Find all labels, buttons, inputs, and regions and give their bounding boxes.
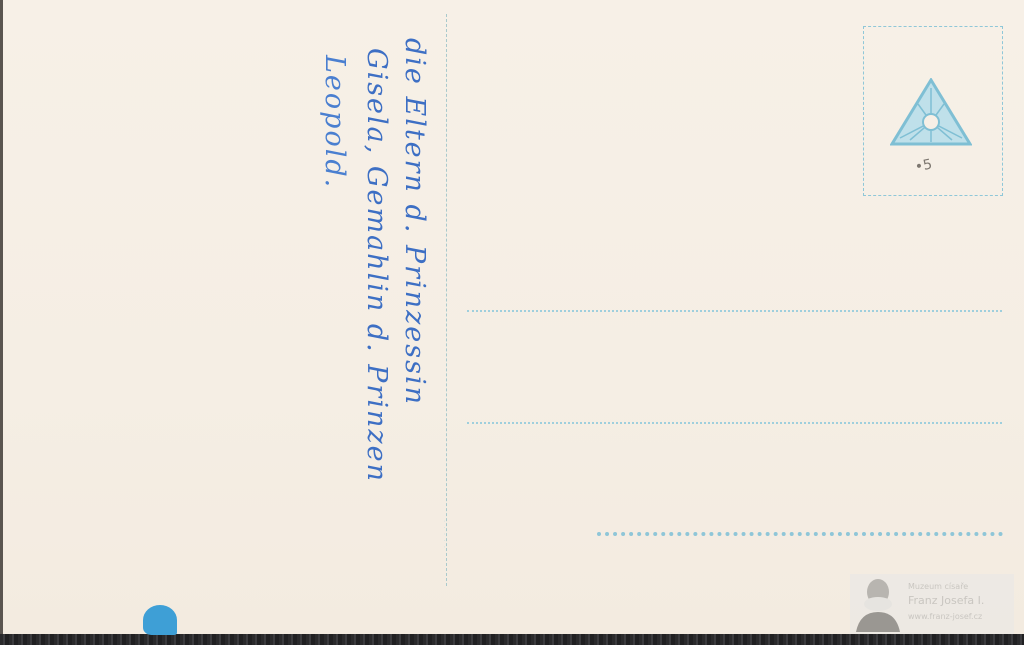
scanner-bottom-edge xyxy=(0,634,1024,645)
printer-mark: · · · · · xyxy=(440,520,448,580)
address-line-1 xyxy=(467,310,1002,312)
watermark-line-1: Muzeum císaře xyxy=(908,582,968,591)
watermark-url[interactable]: www.franz-josef.cz xyxy=(908,612,982,621)
handwriting-line-1: die Eltern d. Prinzessin xyxy=(399,38,430,406)
ink-blot xyxy=(143,605,177,635)
handwriting-line-3: Leopold. xyxy=(319,55,350,189)
museum-watermark[interactable]: Muzeum císaře Franz Josefa I. www.franz-… xyxy=(850,574,1014,634)
handwriting-line-2: Gisela, Gemahlin d. Prinzen xyxy=(361,48,392,483)
card-left-edge xyxy=(0,0,3,634)
watermark-line-2: Franz Josefa I. xyxy=(908,594,984,607)
franz-josef-portrait-icon xyxy=(852,576,904,632)
address-line-2 xyxy=(467,422,1002,424)
center-divider-line xyxy=(446,14,447,586)
address-line-3 xyxy=(597,532,1003,536)
triangle-sunburst-icon xyxy=(890,78,972,146)
